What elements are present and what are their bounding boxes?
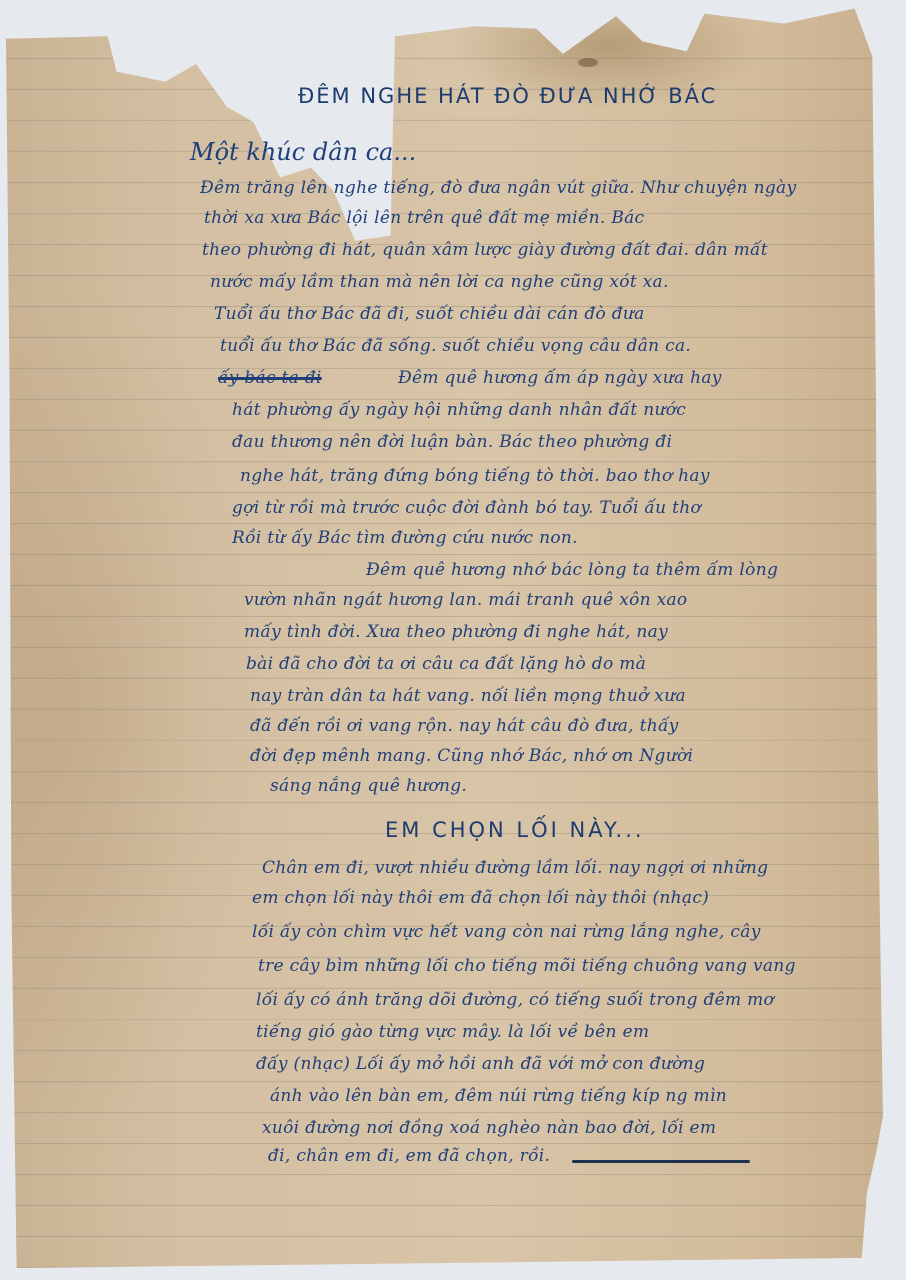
verse-line: Đêm trăng lên nghe tiếng, đò đưa ngân vú… <box>200 178 796 198</box>
closing-underline <box>572 1160 750 1163</box>
song-line: lối ấy có ánh trăng dõi đường, có tiếng … <box>256 990 774 1010</box>
verse-line: Đêm quê hương ấm áp ngày xưa hay <box>398 368 722 388</box>
verse-line: sáng nắng quê hương. <box>270 776 467 796</box>
song-line: đấy (nhạc) Lối ấy mở hồi anh đã với mở c… <box>256 1054 705 1074</box>
verse-line: nay tràn dân ta hát vang. nối liền mọng … <box>250 686 686 706</box>
verse-line: hát phường ấy ngày hội những danh nhân đ… <box>232 400 686 420</box>
subtitle: Một khúc dân ca... <box>190 138 416 166</box>
verse-line: đời đẹp mênh mang. Cũng nhớ Bác, nhớ ơn … <box>250 746 693 766</box>
struck-out-text: ấy bác ta đi <box>218 368 322 388</box>
verse-line: đau thương nên đời luận bàn. Bác theo ph… <box>232 432 672 452</box>
verse-line: vườn nhãn ngát hương lan. mái tranh quê … <box>244 590 687 610</box>
song-title: EM CHỌN LỐI NÀY... <box>385 818 645 842</box>
song-line: lối ấy còn chìm vực hết vang còn nai rừn… <box>252 922 761 942</box>
ink-stain <box>578 58 598 67</box>
song-line: xuôi đường nơi đồng xoá nghèo nàn bao đờ… <box>262 1118 716 1138</box>
verse-line: theo phường đi hát, quân xâm lược giày đ… <box>202 240 768 260</box>
verse-line: đã đến rồi ơi vang rộn. nay hát câu đò đ… <box>250 716 679 736</box>
verse-line: Rồi từ ấy Bác tìm đường cứu nước non. <box>232 528 578 548</box>
verse-line: gợi từ rồi mà trước cuộc đời đành bó tay… <box>232 498 701 518</box>
song-line: đi, chân em đi, em đã chọn, rồi. <box>268 1146 550 1166</box>
verse-line: tuổi ấu thơ Bác đã sống. suốt chiều vọng… <box>220 336 691 356</box>
song-line: tre cây bìm những lối cho tiếng mõi tiến… <box>258 956 796 976</box>
verse-line: nước mấy lầm than mà nên lời ca nghe cũn… <box>210 272 669 292</box>
document-title: ĐÊM NGHE HÁT ĐÒ ĐƯA NHỚ BÁC <box>298 84 717 108</box>
song-line: tiếng gió gào từng vực mây. là lối về bê… <box>256 1022 649 1042</box>
verse-line: bài đã cho đời ta ơi câu ca đất lặng hò … <box>246 654 646 674</box>
verse-line: mấy tình đời. Xưa theo phường đi nghe há… <box>244 622 668 642</box>
verse-line: nghe hát, trăng đứng bóng tiếng tò thời.… <box>240 466 710 486</box>
song-line: ánh vào lên bàn em, đêm núi rừng tiếng k… <box>270 1086 727 1106</box>
verse-line: Tuổi ấu thơ Bác đã đi, suốt chiều dài cá… <box>214 304 645 324</box>
verse-line: Đêm quê hương nhớ bác lòng ta thêm ấm lò… <box>366 560 778 580</box>
verse-line: thời xa xưa Bác lội lên trên quê đất mẹ … <box>204 208 644 228</box>
song-line: Chân em đi, vượt nhiều đường lầm lối. na… <box>262 858 768 878</box>
song-line: em chọn lối này thôi em đã chọn lối này … <box>252 888 709 908</box>
